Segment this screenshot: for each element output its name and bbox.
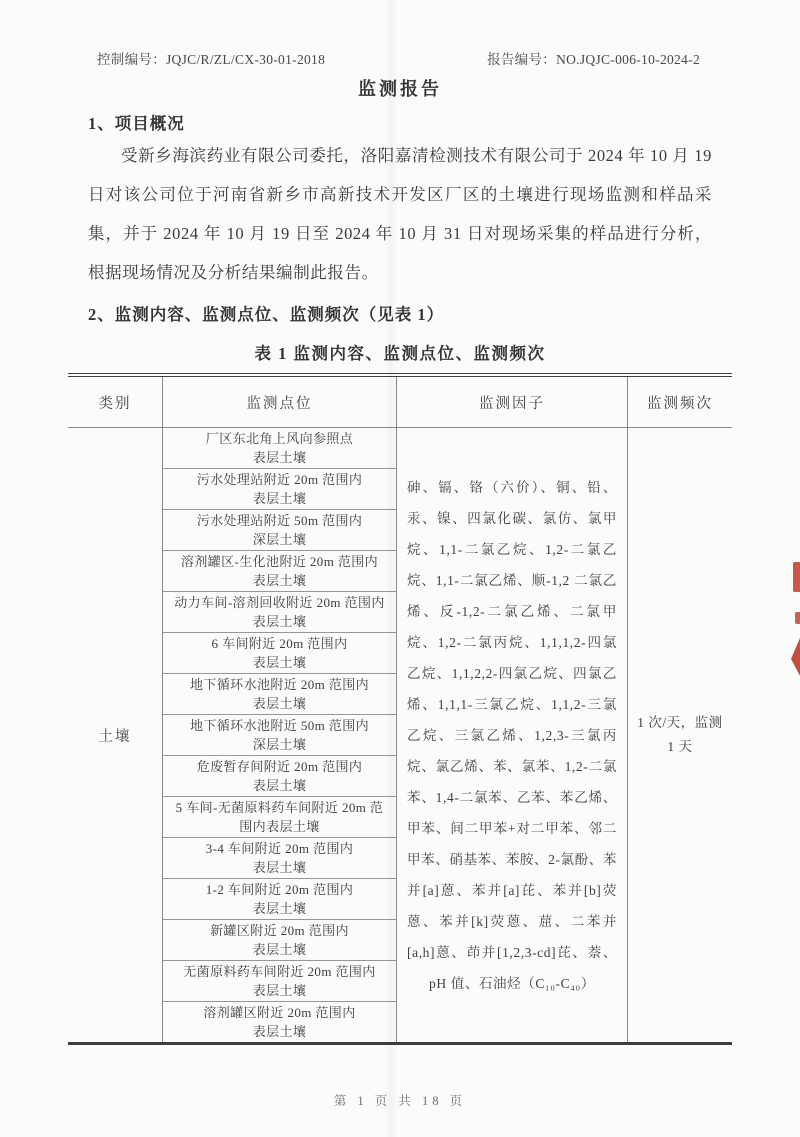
table-body: 土壤 厂区东北角上风向参照点 表层土壤 污水处理站附近 20m 范围内 表层土壤… [68, 428, 732, 1042]
monitoring-frequency-cell: 1 次/天，监测 1 天 [628, 428, 732, 1042]
table-row: 动力车间-溶剂回收附近 20m 范围内 表层土壤 [163, 592, 396, 633]
col-header-frequency: 监测频次 [628, 377, 732, 427]
page-number: 第 1 页 共 18 页 [0, 1091, 800, 1109]
red-ink-artifact [795, 612, 800, 624]
table-caption: 表 1 监测内容、监测点位、监测频次 [0, 340, 800, 364]
monitoring-factors-text: 砷、镉、铬（六价）、铜、铅、汞、镍、四氯化碳、氯仿、氯甲烷、1,1-二氯乙烷、1… [407, 472, 617, 999]
col-header-category: 类别 [68, 377, 163, 427]
table-row: 3-4 车间附近 20m 范围内 表层土壤 [163, 838, 396, 879]
col-header-points: 监测点位 [163, 377, 397, 427]
red-ink-artifact [793, 562, 800, 592]
category-cell: 土壤 [68, 428, 163, 1042]
table-row: 5 车间-无菌原料药车间附近 20m 范 围内表层土壤 [163, 797, 396, 838]
section2-heading: 2、监测内容、监测点位、监测频次（见表 1） [88, 301, 712, 325]
table-row: 危废暂存间附近 20m 范围内 表层土壤 [163, 756, 396, 797]
col-header-factors: 监测因子 [397, 377, 628, 427]
table-header-row: 类别 监测点位 监测因子 监测频次 [68, 377, 732, 428]
table-row: 污水处理站附近 20m 范围内 表层土壤 [163, 469, 396, 510]
page-title: 监测报告 [0, 75, 800, 101]
section1-paragraph: 受新乡海滨药业有限公司委托，洛阳嘉清检测技术有限公司于 2024 年 10 月 … [88, 136, 712, 292]
table-row: 地下循环水池附近 20m 范围内 表层土壤 [163, 674, 396, 715]
table-row: 6 车间附近 20m 范围内 表层土壤 [163, 633, 396, 674]
table-row: 无菌原料药车间附近 20m 范围内 表层土壤 [163, 961, 396, 1002]
table-row: 溶剂罐区-生化池附近 20m 范围内 表层土壤 [163, 551, 396, 592]
red-ink-artifact [791, 638, 800, 676]
control-number: 控制编号：JQJC/R/ZL/CX-30-01-2018 [97, 48, 325, 68]
table-row: 厂区东北角上风向参照点 表层土壤 [163, 428, 396, 469]
report-number: 报告编号：NO.JQJC-006-10-2024-2 [487, 48, 700, 68]
table-row: 溶剂罐区附近 20m 范围内 表层土壤 [163, 1002, 396, 1042]
table-row: 1-2 车间附近 20m 范围内 表层土壤 [163, 879, 396, 920]
table-row: 地下循环水池附近 50m 范围内 深层土壤 [163, 715, 396, 756]
document-header: 控制编号：JQJC/R/ZL/CX-30-01-2018 报告编号：NO.JQJ… [97, 48, 700, 68]
table-row: 新罐区附近 20m 范围内 表层土壤 [163, 920, 396, 961]
table-row: 污水处理站附近 50m 范围内 深层土壤 [163, 510, 396, 551]
monitoring-points-column: 厂区东北角上风向参照点 表层土壤 污水处理站附近 20m 范围内 表层土壤 污水… [163, 428, 397, 1042]
section1-heading: 1、项目概况 [88, 110, 712, 134]
monitoring-table: 类别 监测点位 监测因子 监测频次 土壤 厂区东北角上风向参照点 表层土壤 污水… [68, 373, 732, 1045]
monitoring-factors-cell: 砷、镉、铬（六价）、铜、铅、汞、镍、四氯化碳、氯仿、氯甲烷、1,1-二氯乙烷、1… [397, 428, 628, 1042]
